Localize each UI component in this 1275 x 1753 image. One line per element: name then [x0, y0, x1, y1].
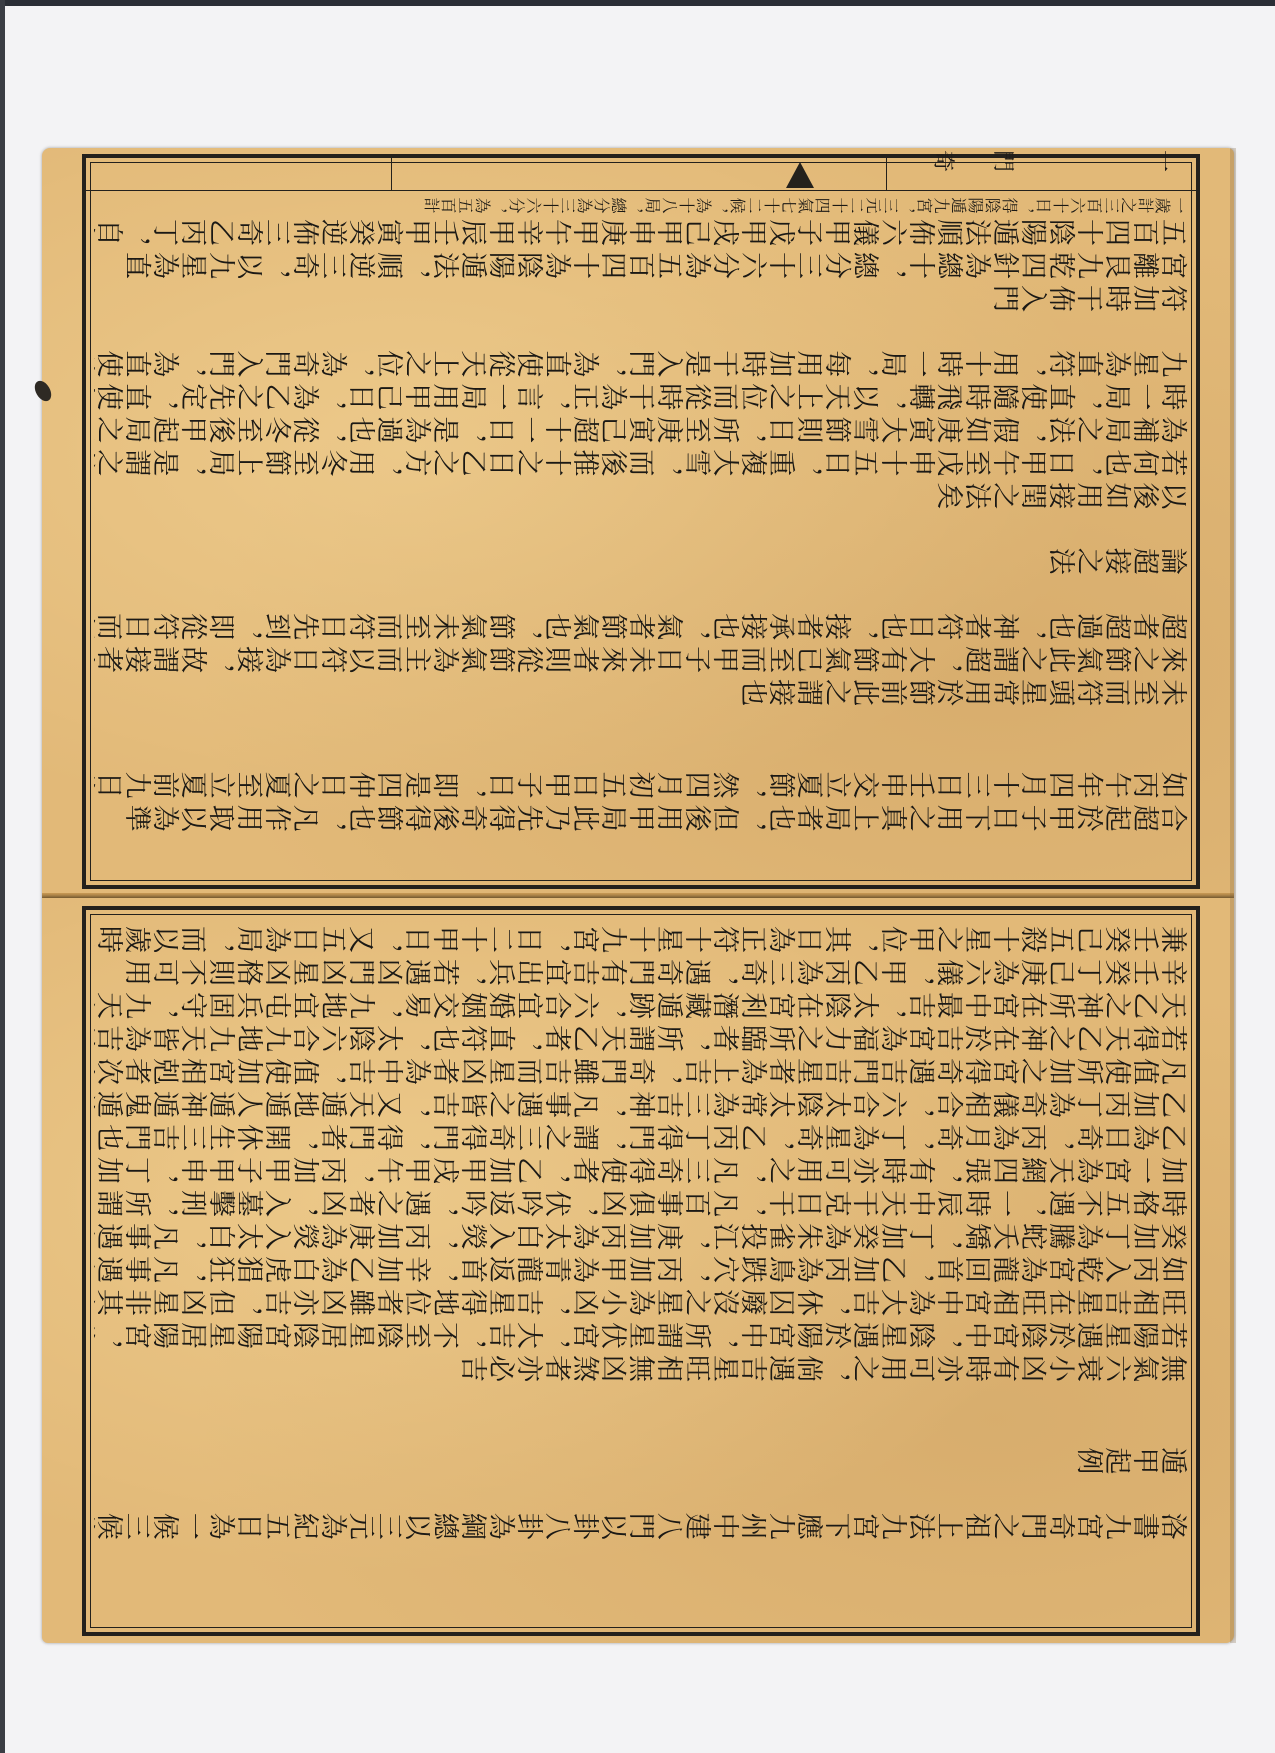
section-heading: 遁甲起例 [94, 1441, 1188, 1506]
fishtail-mark-icon [786, 162, 814, 188]
annotation-column: 一歲計之三百六十日，得陰陽遁九宮，三元二十四氣七十二候，為十八局，總分為三十六分… [94, 196, 1188, 213]
leaf-bottom-text-area: 洛書九宮奇門之祖上法九宮下應九州中建八門以卦八卦為綱總以三元為紀五日為一候三候為… [94, 920, 1188, 1626]
section-heading: 論超接之法 [94, 542, 1188, 607]
header-glyph-title: 奇 [932, 150, 960, 190]
text-column: 合超起於甲子日下用之真上局者也，但後用甲局此乃先得奇後得節也，凡作用取以為準 [94, 799, 1188, 879]
section-heading: 以後如用接閏之法矣 [94, 476, 1188, 541]
scan-edge-left [0, 0, 5, 1753]
text-column: 辛壬癸丁己庚為六儀，甲乙丙為三奇，遇奇門有吉宜出兵，若遇凶門凶星凶格則不可用 [94, 953, 1188, 986]
text-column: 癸加丁為騰蛇夭矯，丁加癸為朱雀投江，庚加丙為太白入熒，丙加庚為熒入太白，凡事遇之… [94, 1217, 1188, 1250]
text-column: 兼壬癸己五殺十星之甲位，其日為正符十星十九宮，日二十甲日，又五日為局，而以歲時月… [94, 920, 1188, 953]
text-column: 旺相吉星在旺相宮中為大吉，休囚廢沒之星為小凶，吉星得地位者雖凶亦吉，但凶星非其宮… [94, 1283, 1188, 1316]
section-heading: 符加時干佈入門 [94, 279, 1188, 344]
text-column: 五百四十陰陽遁法順佈六儀甲子戊甲戌己甲申庚甲午辛甲辰壬甲寅癸逆佈三奇乙丙丁，自冬… [94, 213, 1188, 246]
text-column: 洛書九宮奇門之祖上法九宮下應九州中建八門以卦八卦為綱總以三元為紀五日為一候三候為… [94, 1507, 1188, 1540]
header-glyph-title: 門 [992, 150, 1020, 190]
text-column: 宮離艮九乾四針為總十，總分三十六分為五百四十為陰陽遁法，順逆三奇，以九星為直 [94, 246, 1188, 279]
text-column: 超者超過也，神者符日也，接者承接也，氣者節氣也，節氣未至而符日先到，即從符日而超… [94, 607, 1188, 640]
leaf-top-header-band: 奇 門 一 [86, 158, 1196, 191]
text-column: 若陽星遇於陰宮中，陰星遇於陽宮中，所謂星伏宮，大吉，不至陰星居陰宮陽星居陽宮，為… [94, 1316, 1188, 1349]
text-column: 若得天乙之神在於吉宮為福力之所臨者，所謂天乙者，直符也，太陰六合九地九天皆為吉神… [94, 1019, 1188, 1052]
text-column: 無氣六衰小凶有時亦可用之，倘遇吉星旺相無凶煞者亦必吉 [94, 1349, 1188, 1441]
text-column: 如丙入乾宮為龍回首，乙加丙為鳥跌穴，丙加甲為青龍返首，辛加乙為白虎猖狂，凡事遇之… [94, 1250, 1188, 1283]
text-column: 加一宮為天網四張，有時亦可用之，凡三奇得使者，乙加甲戌甲午，丙加甲子甲申，丁加甲… [94, 1151, 1188, 1184]
header-divider [391, 158, 392, 190]
leaf-top: 奇 門 一 初一日立春而上年十二月，十五日即是甲子，此符頭先至即以此，十五日甲子… [42, 148, 1234, 898]
scan-edge-top [0, 0, 1275, 6]
leaf-bottom-frame: 洛書九宮奇門之祖上法九宮下應九州中建八門以卦八卦為綱總以三元為紀五日為一候三候為… [82, 906, 1200, 1636]
text-column: 未至而符頭星常用於節前此之謂接也 [94, 673, 1188, 765]
leaf-top-text-area: 初一日立春而上年十二月，十五日即是甲子，此符頭先至即以此，十五日甲子作立春上元至… [94, 196, 1188, 879]
text-column: 乙為日奇，丙為月奇，丁為星奇，乙丙丁得門，謂之三奇得門，得門者，開休生三吉門也，… [94, 1118, 1188, 1151]
text-column: 乙加丙丁為奇儀相合，六合太陰太常為三吉神，凡事遇之皆吉，又天遁地遁人遁神遁鬼遁龍… [94, 1085, 1188, 1118]
leaf-bottom-text-block: 洛書九宮奇門之祖上法九宮下應九州中建八門以卦八卦為綱總以三元為紀五日為一候三候為… [94, 920, 1188, 1540]
text-column: 如丙午年四月十三日壬申交立夏節，然四月初五日甲子日，即是四仲日之夏至立夏前九日為… [94, 766, 1188, 799]
leaf-top-frame: 奇 門 一 初一日立春而上年十二月，十五日即是甲子，此符頭先至即以此，十五日甲子… [82, 154, 1200, 889]
page-edge-shadow [1230, 148, 1236, 1643]
text-column: 若何也，日甲午至戊申十五日，重複大雪，而後推十之日乙之方，用冬至節上局，是謂之接… [94, 443, 1188, 476]
leaf-bottom: 洛書九宮奇門之祖上法九宮下應九州中建八門以卦八卦為綱總以三元為紀五日為一候三候為… [42, 898, 1234, 1643]
text-column: 時一局，直使隨時飛轉，以天上之位而從時干為正，言一局用甲己日，為乙之先定，直使加… [94, 377, 1188, 410]
text-column: 為補局之法，假如庚寅大雪節則日，所至庚寅己超十一日，是為過也，從冬至後甲起局之理… [94, 410, 1188, 443]
text-column: 來之節氣此之謂超，大有節氣已至而甲子日未來者則從節氣為主而以符日為接，故謂接者未… [94, 640, 1188, 673]
header-glyph-volume: 一 [1152, 150, 1180, 190]
text-column: 時格五不遇，一時辰中天干克日干，凡百事俱凶，伏吟返吟，遇之者凶，入墓擊刑，所謂三… [94, 1184, 1188, 1217]
header-divider [886, 158, 887, 190]
text-column: 天乙之神所在宮中最吉，太陰在宮利潛藏遁跡，六合宜婚姻交易，九地宜屯兵固守，九天宜… [94, 986, 1188, 1019]
text-column: 九星為直符，用十時一局，每用加時干是入門，為直使從天上之位，為奇門入門，為直使隨… [94, 344, 1188, 377]
text-column: 凡值使所加之宮得奇遇吉門吉星者為上吉，奇門雖吉而星凶者為中吉，值使加宮相剋者次吉 [94, 1052, 1188, 1085]
leaf-top-text-block: 初一日立春而上年十二月，十五日即是甲子，此符頭先至即以此，十五日甲子作立春上元至… [94, 196, 1188, 879]
